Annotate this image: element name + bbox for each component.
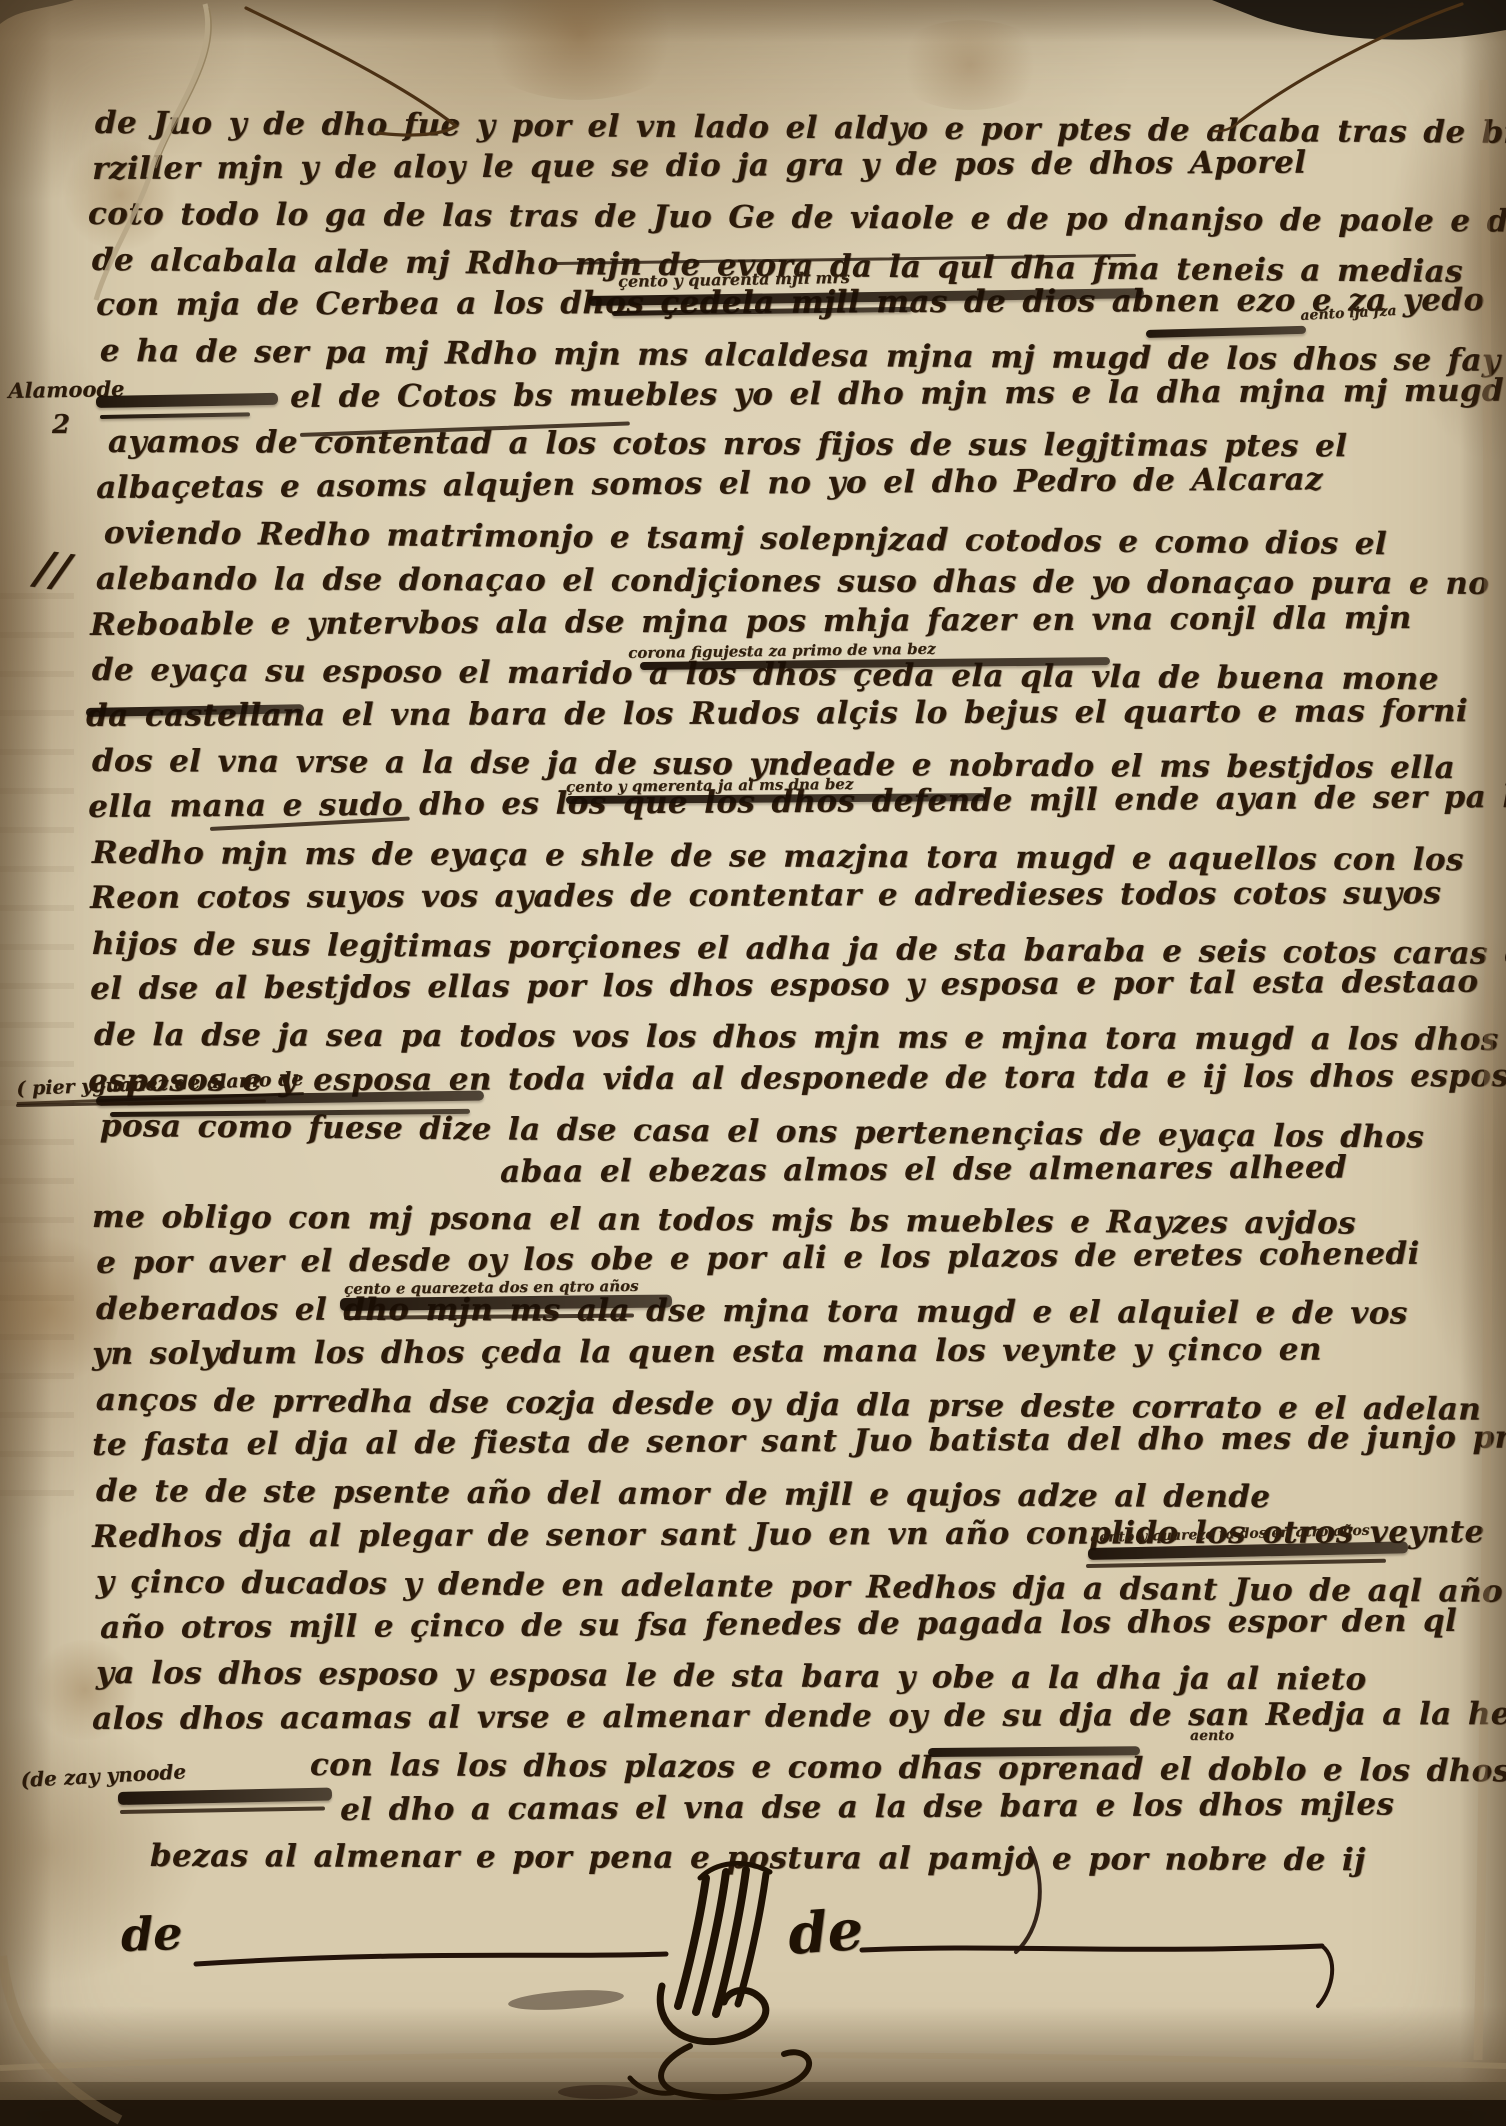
manuscript-line: el de Cotos bs muebles yo el dho mjn ms … — [290, 374, 1504, 414]
manuscript-line: el dho a camas el vna dse a la dse bara … — [340, 1787, 1394, 1827]
manuscript-photo: de Juo y de dho fue y por el vn lado el … — [0, 0, 1506, 2126]
margin-note: // — [32, 540, 73, 598]
manuscript-line: me obligo con mj psona el an todos mjs b… — [92, 1200, 1356, 1241]
manuscript-line: abaa el ebezas almos el dse almenares al… — [500, 1151, 1347, 1190]
manuscript-line: bezas al almenar e por pena e postura al… — [150, 1839, 1366, 1877]
signature-de-center: de — [786, 1897, 865, 1968]
manuscript-line: año otros mjll e çinco de su fsa fenedes… — [100, 1604, 1457, 1645]
signature-de-left: de — [120, 1906, 183, 1962]
margin-note: 2 — [52, 410, 70, 440]
manuscript-line: con las los dhos plazos e como dhas opre… — [310, 1748, 1506, 1788]
interlinear-note: aento — [1190, 1728, 1234, 1744]
manuscript-line: de te de ste psente año del amor de mjll… — [96, 1474, 1271, 1514]
manuscript-line: ya los dhos esposo y esposa le de sta ba… — [96, 1656, 1367, 1697]
manuscript-line: Redho mjn ms de eyaça e shle de se mazjn… — [92, 836, 1464, 877]
manuscript-line: coto todo lo ga de las tras de Juo Ge de… — [88, 197, 1506, 239]
interlinear-note: çento y quarenta mjll mrs — [618, 268, 850, 291]
manuscript-line: albaçetas e asoms alqujen somos el no yo… — [96, 462, 1323, 505]
manuscript-line: el dse al bestjdos ellas por los dhos es… — [90, 965, 1479, 1006]
manuscript-line: ayamos de contentad a los cotos nros fij… — [108, 425, 1347, 463]
strikethrough-mark — [928, 1746, 1140, 1757]
manuscript-line: alos dhos acamas al vrse e almenar dende… — [92, 1697, 1506, 1736]
manuscript-line: alebando la dse donaçao el condjçiones s… — [96, 562, 1489, 601]
manuscript-line: Reboable e yntervbos ala dse mjna pos mh… — [90, 601, 1412, 642]
show-through-text — [0, 560, 74, 1520]
manuscript-line: de la dse ja sea pa todos vos los dhos m… — [94, 1018, 1499, 1057]
manuscript-line: rziller mjn y de aloy le que se dio ja g… — [92, 146, 1306, 186]
manuscript-line: deberados el dho mjn ms ala dse mjna tor… — [96, 1292, 1408, 1331]
manuscript-line: te fasta el dja al de fiesta de senor sa… — [92, 1421, 1506, 1463]
manuscript-line: yn solydum los dhos çeda la quen esta ma… — [92, 1333, 1322, 1371]
manuscript-line: Reon cotos suyos vos ayades de contentar… — [90, 876, 1441, 915]
manuscript-line: da castellana el vna bara de los Rudos a… — [86, 694, 1468, 733]
interlinear-note: çento y qmerenta ja al ms dna bez — [566, 775, 853, 796]
